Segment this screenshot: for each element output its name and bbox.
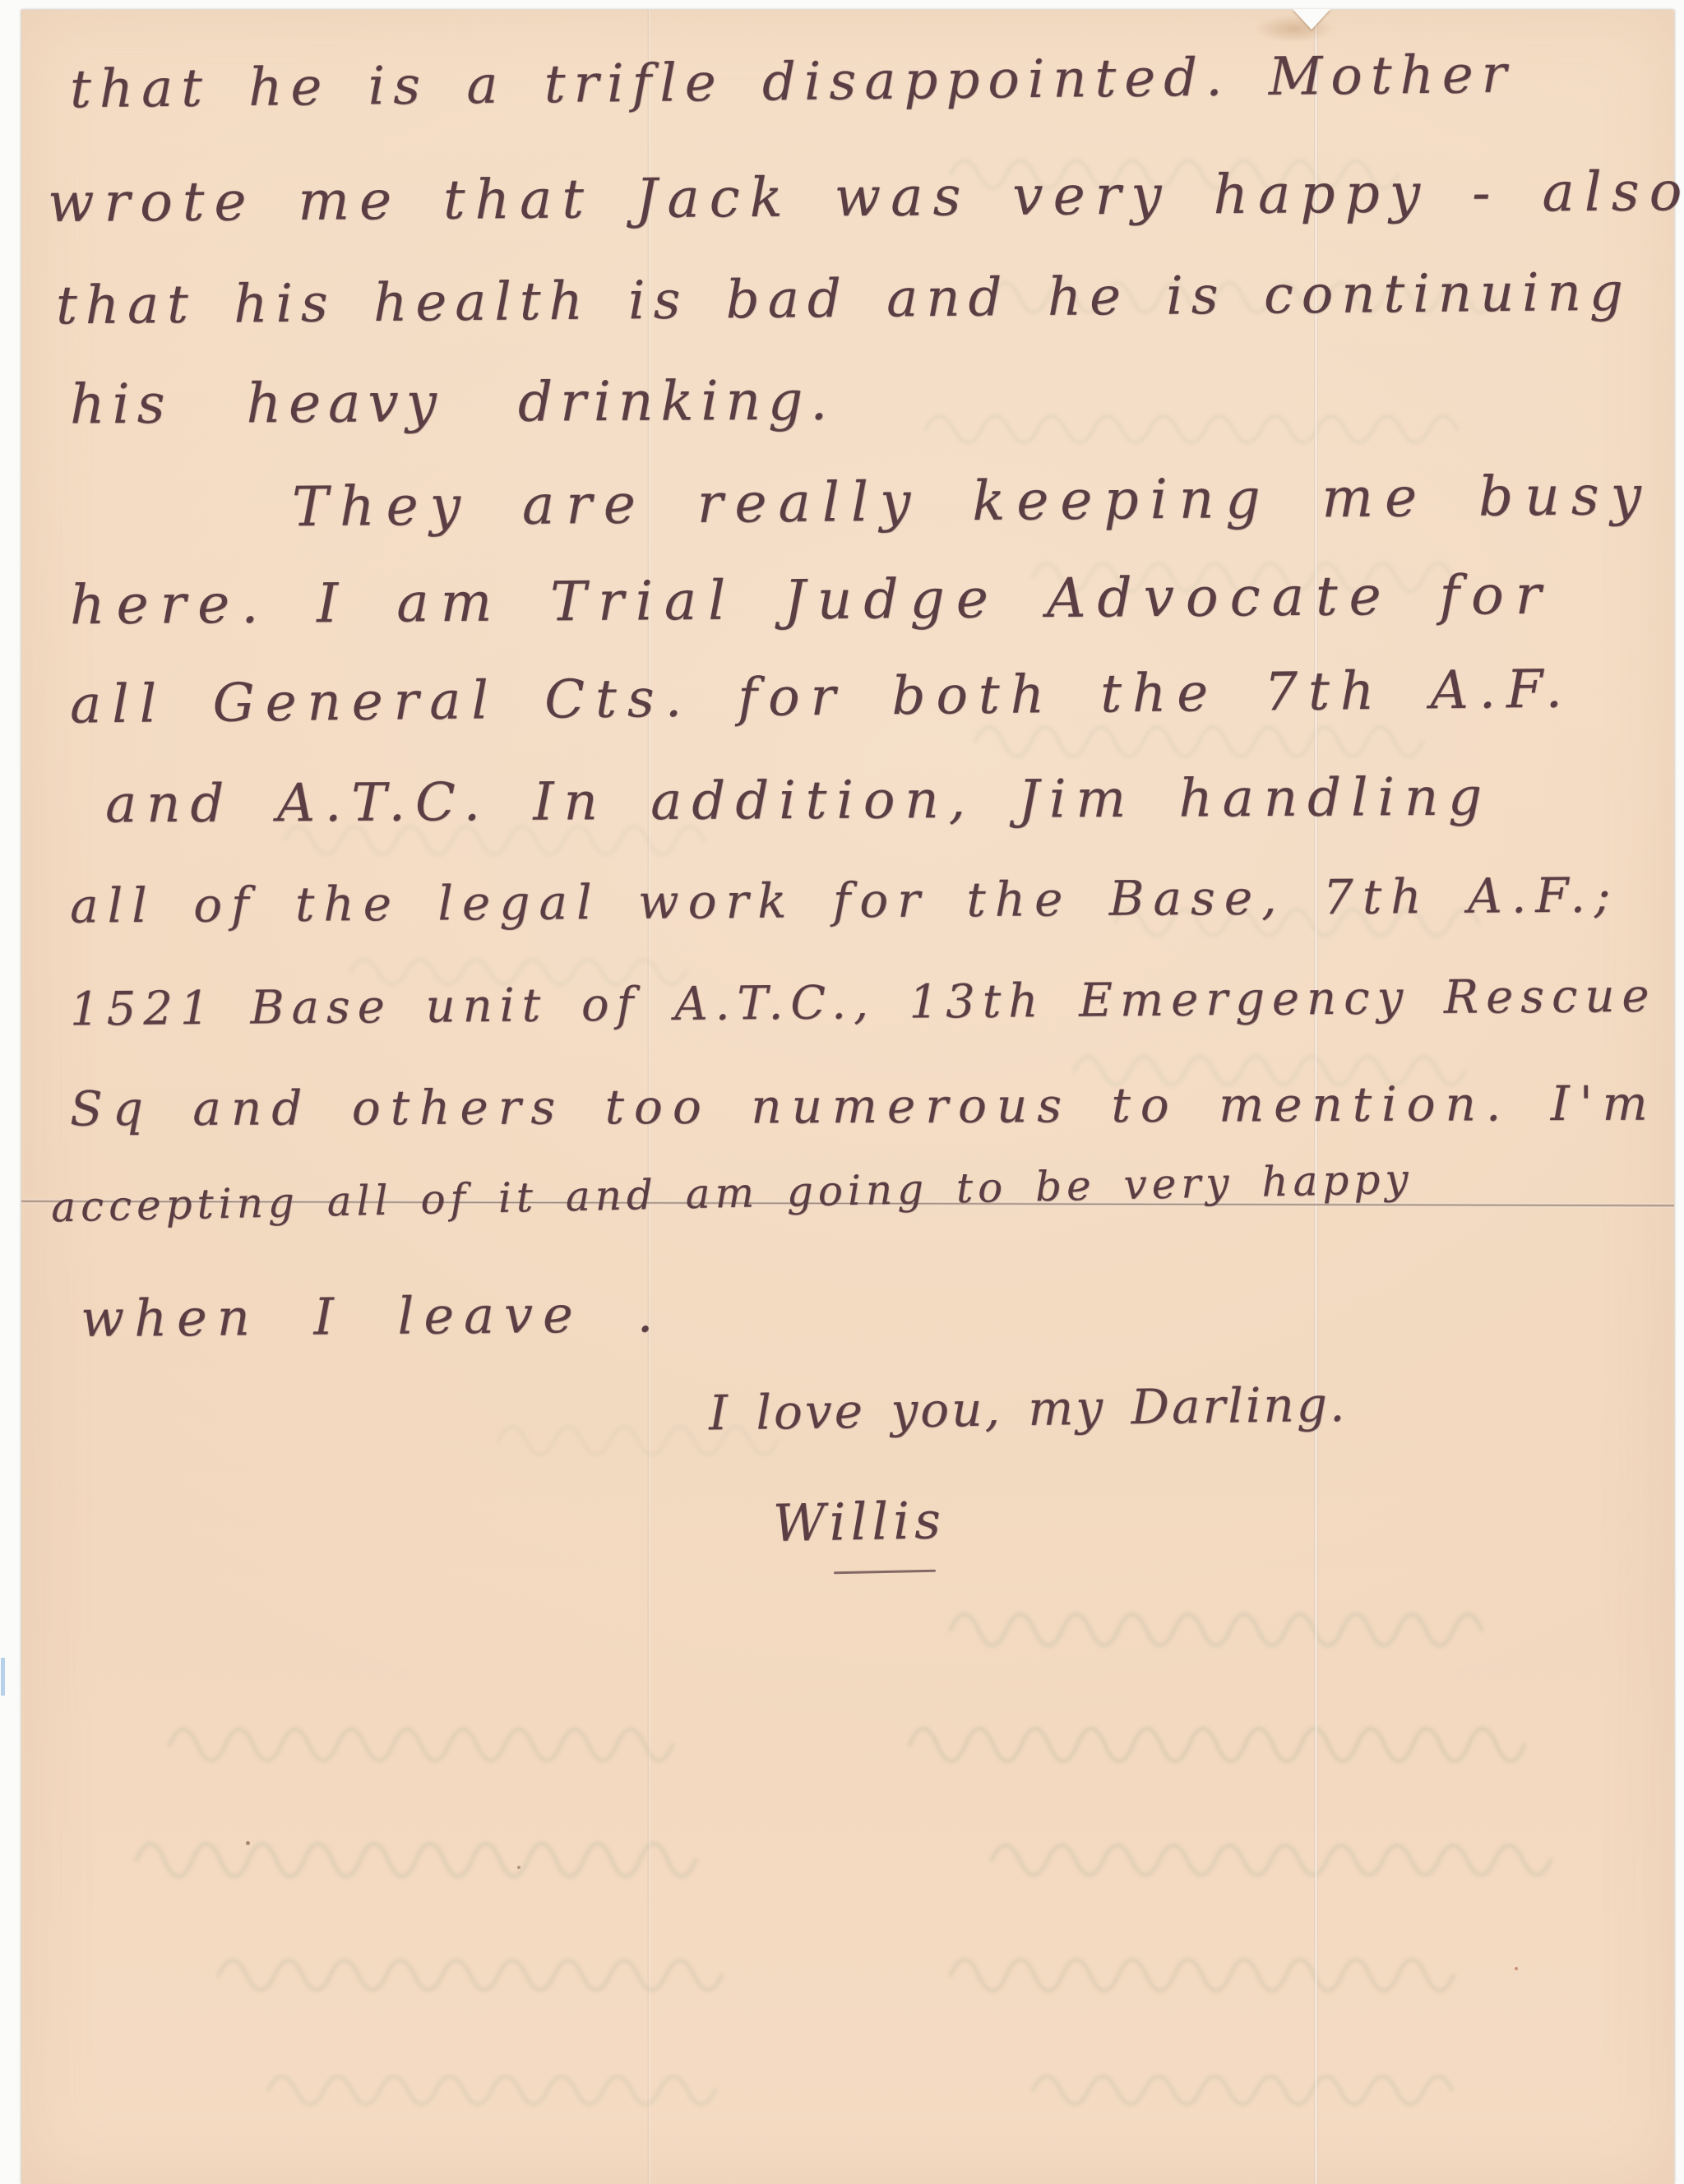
dust-speck bbox=[246, 1841, 250, 1845]
handwritten-line: 1521 Base unit of A.T.C., 13th Emergency… bbox=[70, 962, 1657, 1045]
handwritten-line: his heavy drinking. bbox=[70, 360, 835, 446]
handwritten-line: that he is a trifle disappointed. Mother bbox=[70, 35, 1515, 129]
handwritten-line: and A.T.C. In addition, Jim handling bbox=[105, 758, 1492, 844]
dust-speck bbox=[1515, 1967, 1518, 1970]
handwritten-line: all of the legal work for the Base, 7th … bbox=[70, 859, 1620, 942]
top-edge-fold-notch bbox=[1293, 9, 1330, 30]
handwritten-line: They are really keeping me busy bbox=[292, 455, 1654, 548]
closing-line: I love you, my Darling. bbox=[708, 1369, 1347, 1450]
signature: Willis bbox=[772, 1482, 946, 1562]
handwritten-line: that his health is bad and he is continu… bbox=[56, 253, 1632, 346]
dust-speck bbox=[517, 1866, 520, 1869]
handwritten-line: here. I am Trial Judge Advocate for bbox=[70, 554, 1553, 646]
handwritten-line: all General Cts. for both the 7th A.F. bbox=[70, 650, 1574, 744]
handwritten-line: wrote me that Jack was very happy - also bbox=[48, 150, 1684, 243]
handwritten-line: when I leave . bbox=[81, 1275, 664, 1357]
handwritten-line: Sq and others too numerous to mention. I… bbox=[70, 1068, 1658, 1145]
scan-artifact-blue-mark bbox=[1, 1658, 5, 1696]
letter-page: that he is a trifle disappointed. Mother… bbox=[21, 10, 1674, 2184]
scanner-background: that he is a trifle disappointed. Mother… bbox=[0, 0, 1684, 2184]
